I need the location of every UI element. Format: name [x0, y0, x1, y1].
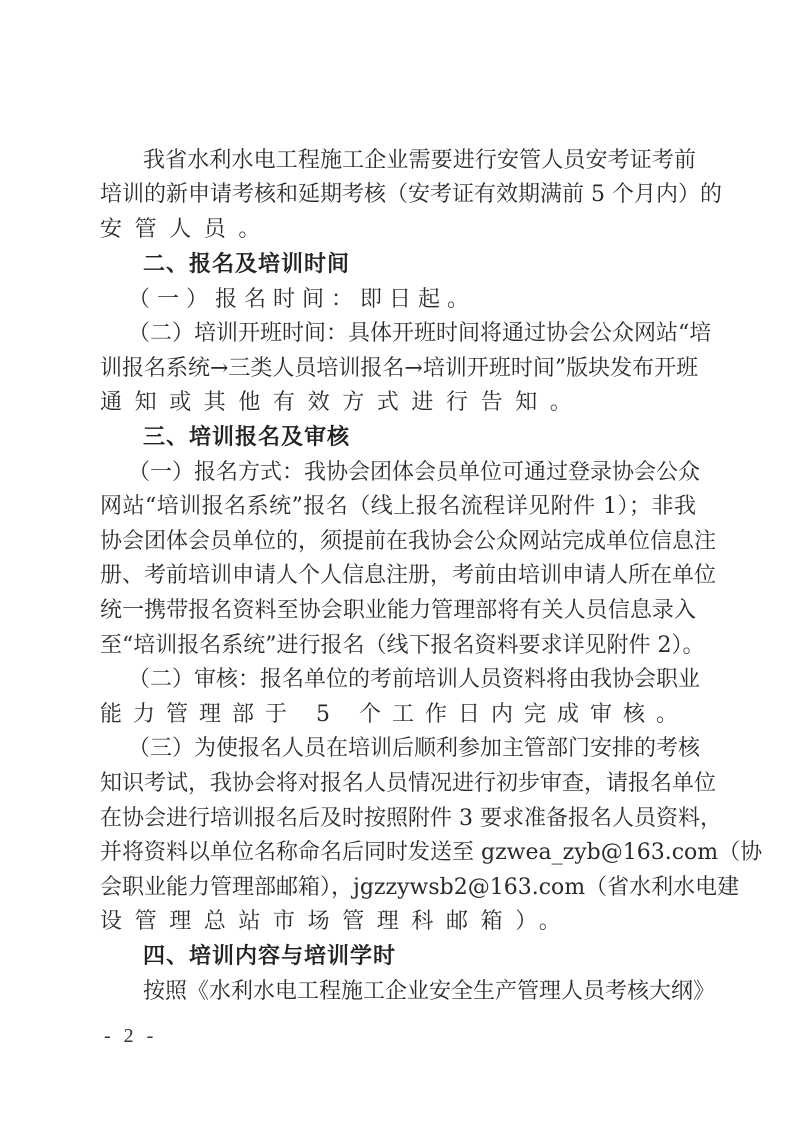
section-heading-3: 三、培训报名及审核: [143, 423, 696, 453]
body-text-line: （三）为使报名人员在培训后顺利参加主管部门安排的考核: [128, 734, 696, 764]
body-text-line: 会职业能力管理部邮箱），jgzzywsb2@163.com（省水利水电建: [100, 873, 696, 903]
body-text-line: 协会团体会员单位的，须提前在我协会公众网站完成单位信息注: [100, 527, 696, 557]
section-heading-4: 四、培训内容与培训学时: [143, 942, 696, 972]
body-text-line: （一）报名方式：我协会团体会员单位可通过登录协会公众: [128, 458, 696, 488]
body-text-line: 通知或其他有效方式进行告知。: [100, 388, 696, 418]
body-text-line: 训报名系统→三类人员培训报名→培训开班时间”版块发布开班: [100, 354, 696, 384]
body-text-line: （二）培训开班时间：具体开班时间将通过协会公众网站“培: [128, 319, 696, 349]
body-text-line: 我省水利水电工程施工企业需要进行安管人员安考证考前: [143, 146, 696, 176]
body-text-line: 册、考前培训申请人个人信息注册，考前由培训申请人所在单位: [100, 561, 696, 591]
page-number: - 2 -: [104, 1025, 157, 1048]
document-page: 我省水利水电工程施工企业需要进行安管人员安考证考前 培训的新申请考核和延期考核（…: [0, 0, 800, 1131]
body-text-line: 知识考试，我协会将对报名人员情况进行初步审查，请报名单位: [100, 769, 696, 799]
body-text-line: 网站“培训报名系统”报名（线上报名流程详见附件 1）；非我: [100, 492, 696, 522]
body-text-line: 按照《水利水电工程施工企业安全生产管理人员考核大纲》: [143, 977, 696, 1007]
body-text-line: （二）审核：报名单位的考前培训人员资料将由我协会职业: [128, 665, 696, 695]
body-text-line: 能力管理部于 5 个工作日内完成审核。: [100, 700, 696, 730]
body-text-line: 设管理总站市场管理科邮箱）。: [100, 907, 696, 937]
body-text-line: 培训的新申请考核和延期考核（安考证有效期满前 5 个月内）的: [100, 180, 696, 210]
body-text-line: 统一携带报名资料至协会职业能力管理部将有关人员信息录入: [100, 596, 696, 626]
body-text-line: 在协会进行培训报名后及时按照附件 3 要求准备报名人员资料，: [100, 804, 696, 834]
body-text-line: （一）报名时间：即日起。: [128, 285, 696, 315]
body-text-line: 并将资料以单位名称命名后同时发送至 gzwea_zyb@163.com（协: [100, 838, 696, 868]
section-heading-2: 二、报名及培训时间: [143, 250, 696, 280]
body-text-line: 至“培训报名系统”进行报名（线下报名资料要求详见附件 2）。: [100, 631, 696, 661]
body-text-line: 安管人员。: [100, 215, 696, 245]
